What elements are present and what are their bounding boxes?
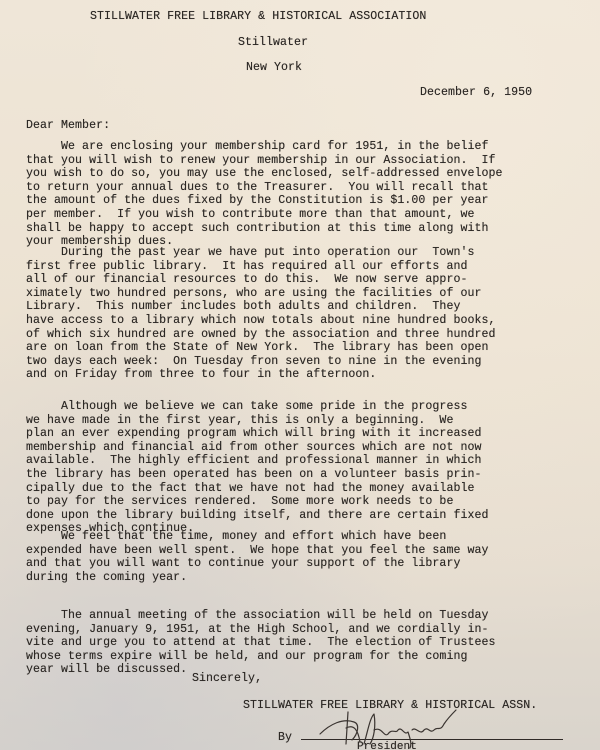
paragraph-line: ximately two hundred persons, who are us… bbox=[26, 287, 586, 301]
letterhead-city: Stillwater bbox=[238, 36, 308, 49]
paragraph-support: We feel that the time, money and effort … bbox=[26, 530, 586, 584]
paragraph-line: are on loan from the State of New York. … bbox=[26, 341, 586, 355]
paragraph-line: done upon the library building itself, a… bbox=[26, 509, 586, 523]
paragraph-line: expended have been well spent. We hope t… bbox=[26, 544, 586, 558]
paragraph-line: you wish to do so, you may use the enclo… bbox=[26, 167, 586, 181]
paragraph-line: during the coming year. bbox=[26, 571, 586, 585]
signatory-title: President bbox=[357, 741, 417, 750]
letterhead-state: New York bbox=[246, 61, 302, 74]
paragraph-line: plan an ever expending program which wil… bbox=[26, 427, 586, 441]
paragraph-annual-meeting: The annual meeting of the association wi… bbox=[26, 609, 586, 677]
paragraph-line: that you will wish to renew your members… bbox=[26, 154, 586, 168]
paragraph-expansion-program: Although we believe we can take some pri… bbox=[26, 400, 586, 536]
closing: Sincerely, bbox=[192, 672, 262, 685]
by-label: By bbox=[278, 731, 292, 744]
paragraph-line: whose terms expire will be held, and our… bbox=[26, 650, 586, 664]
paragraph-line: all of our financial resources to do thi… bbox=[26, 273, 586, 287]
paragraph-line: shall be happy to accept such contributi… bbox=[26, 222, 586, 236]
paragraph-line: year will be discussed. bbox=[26, 663, 586, 677]
paragraph-line: During the past year we have put into op… bbox=[26, 246, 586, 260]
paragraph-line: We are enclosing your membership card fo… bbox=[26, 140, 586, 154]
paragraph-line: and on Friday from three to four in the … bbox=[26, 368, 586, 382]
letter-page: STILLWATER FREE LIBRARY & HISTORICAL ASS… bbox=[0, 0, 600, 750]
paragraph-library-operation: During the past year we have put into op… bbox=[26, 246, 586, 382]
paragraph-line: evening, January 9, 1951, at the High Sc… bbox=[26, 623, 586, 637]
paragraph-line: to pay for the services rendered. Some m… bbox=[26, 495, 586, 509]
paragraph-line: We feel that the time, money and effort … bbox=[26, 530, 586, 544]
letter-date: December 6, 1950 bbox=[420, 86, 532, 99]
paragraph-membership-renewal: We are enclosing your membership card fo… bbox=[26, 140, 586, 249]
paragraph-line: cipally due to the fact that we have not… bbox=[26, 482, 586, 496]
paragraph-line: per member. If you wish to contribute mo… bbox=[26, 208, 586, 222]
paragraph-line: we have made in the first year, this is … bbox=[26, 414, 586, 428]
paragraph-line: two days each week: On Tuesday fron seve… bbox=[26, 355, 586, 369]
paragraph-line: the library has been operated has been o… bbox=[26, 468, 586, 482]
paragraph-line: and that you will want to continue your … bbox=[26, 557, 586, 571]
salutation: Dear Member: bbox=[26, 119, 110, 132]
letterhead-organization: STILLWATER FREE LIBRARY & HISTORICAL ASS… bbox=[90, 10, 426, 23]
paragraph-line: the amount of the dues fixed by the Cons… bbox=[26, 194, 586, 208]
paragraph-line: to return your annual dues to the Treasu… bbox=[26, 181, 586, 195]
paragraph-line: vite and urge you to attend at that time… bbox=[26, 636, 586, 650]
paragraph-line: membership and financial aid from other … bbox=[26, 441, 586, 455]
paragraph-line: first free public library. It has requir… bbox=[26, 260, 586, 274]
paragraph-line: have access to a library which now total… bbox=[26, 314, 586, 328]
paragraph-line: Library. This number includes both adult… bbox=[26, 300, 586, 314]
paragraph-line: The annual meeting of the association wi… bbox=[26, 609, 586, 623]
paragraph-line: Although we believe we can take some pri… bbox=[26, 400, 586, 414]
paragraph-line: of which six hundred are owned by the as… bbox=[26, 328, 586, 342]
bleed-through-text bbox=[420, 30, 590, 42]
paragraph-line: available. The highly efficient and prof… bbox=[26, 454, 586, 468]
